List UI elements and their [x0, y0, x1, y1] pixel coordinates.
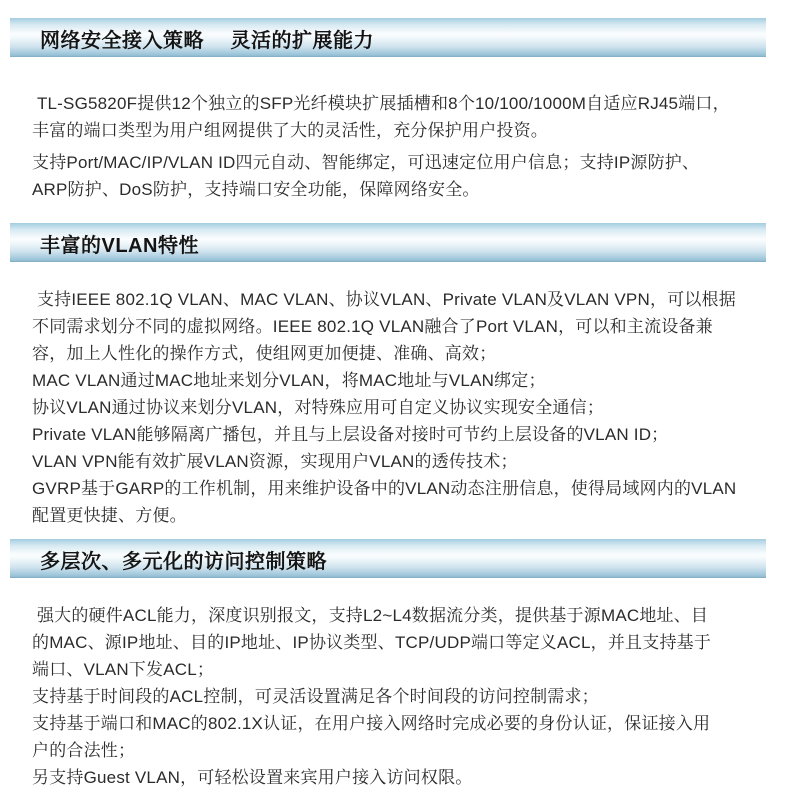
paragraph-vlan-details: 支持IEEE 802.1Q VLAN、MAC VLAN、协议VLAN、Priva…	[32, 286, 774, 529]
paragraph-binding-security: 支持Port/MAC/IP/VLAN ID四元自动、智能绑定，可迅速定位用户信息…	[32, 149, 774, 203]
section-title-security-access: 网络安全接入策略 灵活的扩展能力	[40, 21, 374, 53]
section-header-bar: 丰富的VLAN特性	[10, 223, 766, 262]
section-header-bar: 网络安全接入策略 灵活的扩展能力	[10, 18, 766, 57]
paragraph-acl-details: 强大的硬件ACL能力，深度识别报文，支持L2~L4数据流分类，提供基于源MAC地…	[32, 602, 774, 791]
paragraph-port-types: TL-SG5820F提供12个独立的SFP光纤模块扩展插槽和8个10/100/1…	[32, 90, 774, 144]
section-title-access-control: 多层次、多元化的访问控制策略	[40, 542, 327, 574]
section-title-vlan-features: 丰富的VLAN特性	[40, 226, 199, 258]
section-header-bar: 多层次、多元化的访问控制策略	[10, 539, 766, 578]
